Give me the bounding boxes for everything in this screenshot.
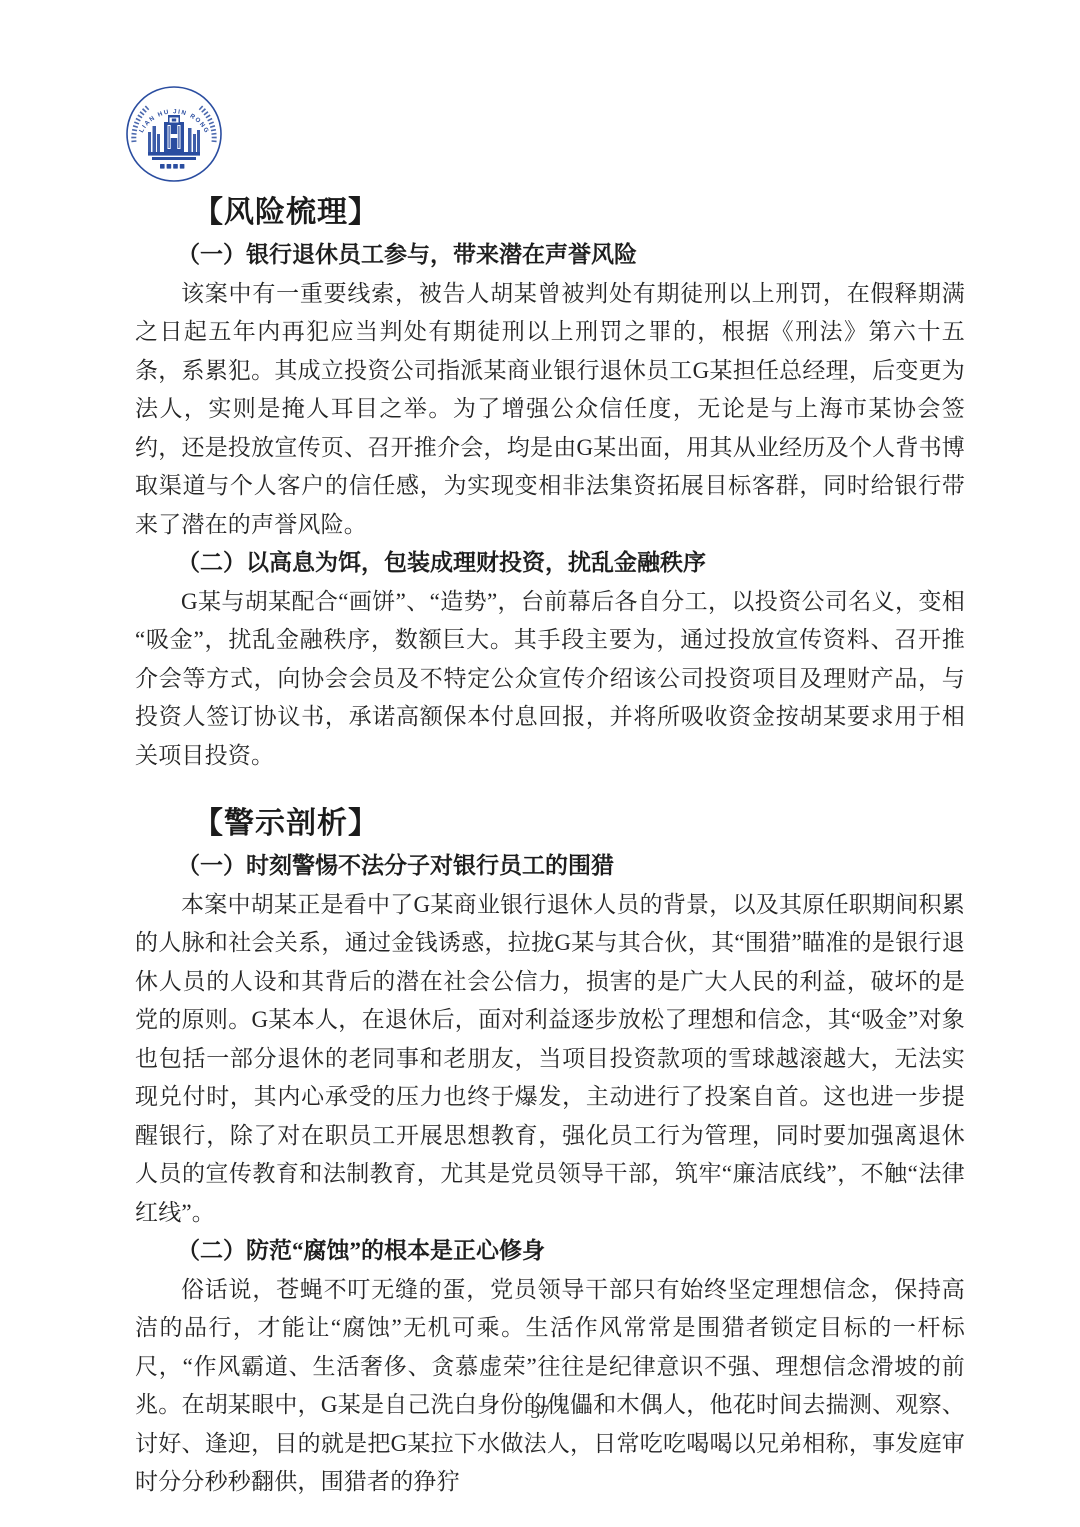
logo-monogram — [164, 115, 184, 152]
document-page: LIAN HU JIN RONG — [0, 0, 1080, 1527]
section-title-warning-analysis: 【警示剖析】 — [135, 801, 965, 847]
document-body: 【风险梳理】 （一）银行退休员工参与，带来潜在声誉风险 该案中有一重要线索，被告… — [135, 190, 965, 1502]
subsection-heading-1-1: （一）银行退休员工参与，带来潜在声誉风险 — [135, 236, 965, 275]
institution-seal-icon: LIAN HU JIN RONG — [124, 84, 224, 184]
body-paragraph-1-1: 该案中有一重要线索，被告人胡某曾被判处有期徒刑以上刑罚，在假释期满之日起五年内再… — [135, 275, 965, 545]
body-paragraph-2-1: 本案中胡某正是看中了G某商业银行退休人员的背景，以及其原任职期间积累的人脉和社会… — [135, 886, 965, 1233]
subsection-heading-2-1: （一）时刻警惕不法分子对银行员工的围猎 — [135, 847, 965, 886]
section-title-risk-review: 【风险梳理】 — [135, 190, 965, 236]
institution-logo: LIAN HU JIN RONG — [124, 84, 224, 184]
logo-banner-marks — [160, 164, 184, 169]
page-number: 37 — [0, 1402, 1080, 1424]
subsection-heading-2-2: （二）防范“腐蚀”的根本是正心修身 — [135, 1232, 965, 1271]
body-paragraph-1-2: G某与胡某配合“画饼”、“造势”，台前幕后各自分工，以投资公司名义，变相“吸金”… — [135, 583, 965, 776]
body-paragraph-2-2: 俗话说，苍蝇不叮无缝的蛋，党员领导干部只有始终坚定理想信念，保持高洁的品行，才能… — [135, 1271, 965, 1502]
subsection-heading-1-2: （二）以高息为饵，包装成理财投资，扰乱金融秩序 — [135, 544, 965, 583]
